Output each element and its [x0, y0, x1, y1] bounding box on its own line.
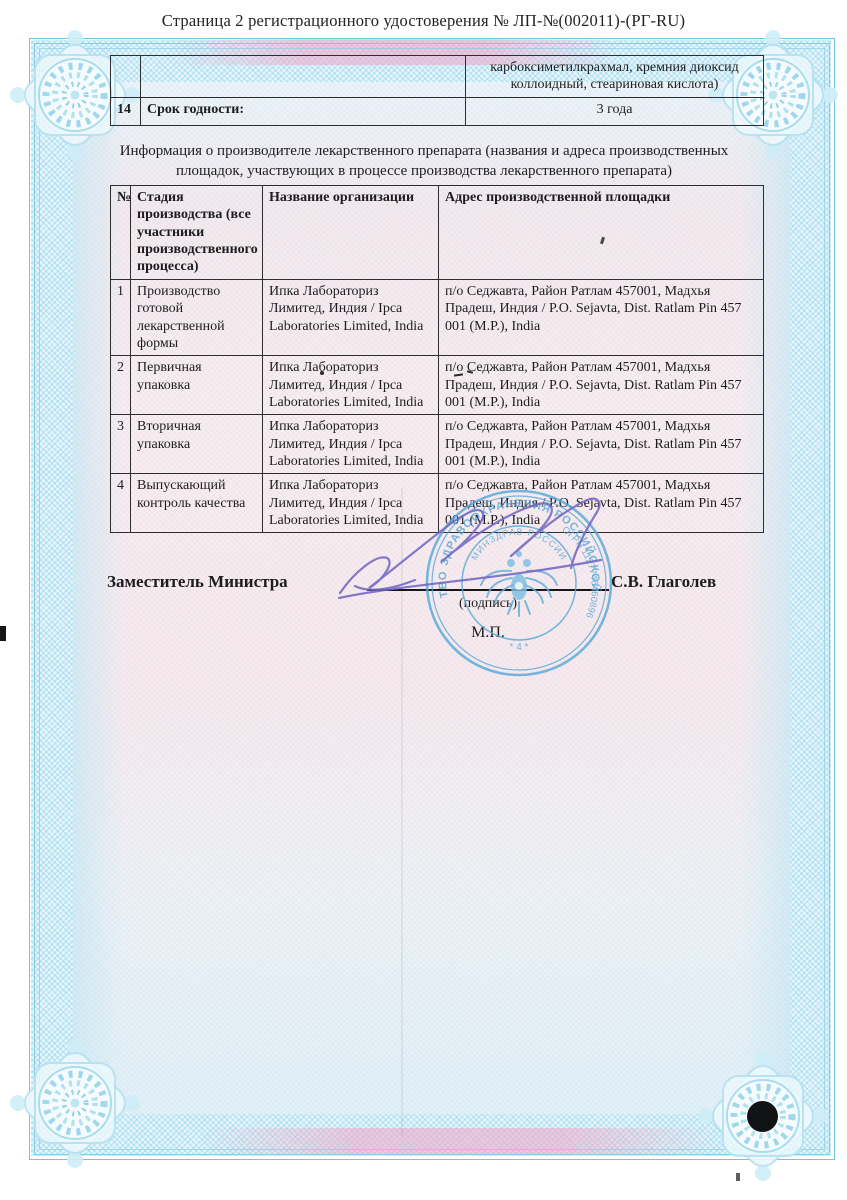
- stage-cell: Производство готовой лекарственной формы: [131, 279, 263, 355]
- row-number-cell: 14: [111, 97, 141, 125]
- header-address: Адрес производственной площадки: [439, 186, 764, 280]
- num-cell: 1: [111, 279, 131, 355]
- official-name: С.В. Глаголев: [611, 572, 716, 592]
- table-row: 2 Первичная упаковка Ипка Лабораториз Ли…: [111, 356, 764, 415]
- table-row: 1 Производство готовой лекарственной фор…: [111, 279, 764, 355]
- empty-cell: [111, 56, 141, 98]
- stage-cell: Выпускающий контроль качества: [131, 474, 263, 533]
- address-cell: п/о Седжавта, Район Ратлам 457001, Мадхь…: [439, 279, 764, 355]
- page-title: Страница 2 регистрационного удостоверени…: [0, 11, 847, 31]
- header-stage: Стадия производства (все участники произ…: [131, 186, 263, 280]
- manufacturer-info-paragraph: Информация о производителе лекарственног…: [86, 141, 762, 182]
- table-row: карбоксиметилкрахмал, кремния диоксид ко…: [111, 56, 764, 98]
- num-cell: 3: [111, 415, 131, 474]
- shelf-life-label-cell: Срок годности:: [141, 97, 466, 125]
- ink-speck: [320, 371, 324, 375]
- shelf-life-value-cell: 3 года: [466, 97, 764, 125]
- table-header-row: № Стадия производства (все участники про…: [111, 186, 764, 280]
- table-row: 3 Вторичная упаковка Ипка Лабораториз Ли…: [111, 415, 764, 474]
- official-title: Заместитель Министра: [107, 572, 288, 592]
- scan-edge-mark: [0, 626, 6, 641]
- num-cell: 4: [111, 474, 131, 533]
- organization-cell: Ипка Лабораториз Лимитед, Индия / Ipca L…: [263, 356, 439, 415]
- address-cell: п/о Седжавта, Район Ратлам 457001, Мадхь…: [439, 356, 764, 415]
- table-row: 14 Срок годности: 3 года: [111, 97, 764, 125]
- excipients-continuation-cell: карбоксиметилкрахмал, кремния диоксид ко…: [466, 56, 764, 98]
- stamp-bottom-number: * 4 *: [510, 642, 529, 653]
- hole-punch-dot: [747, 1101, 778, 1132]
- header-organization: Название организации: [263, 186, 439, 280]
- organization-cell: Ипка Лабораториз Лимитед, Индия / Ipca L…: [263, 415, 439, 474]
- shelf-life-table: карбоксиметилкрахмал, кремния диоксид ко…: [110, 55, 764, 126]
- stage-cell: Вторичная упаковка: [131, 415, 263, 474]
- empty-cell: [141, 56, 466, 98]
- organization-cell: Ипка Лабораториз Лимитед, Индия / Ipca L…: [263, 279, 439, 355]
- address-cell: п/о Седжавта, Район Ратлам 457001, Мадхь…: [439, 415, 764, 474]
- num-cell: 2: [111, 356, 131, 415]
- handwritten-signature-icon: [325, 476, 625, 611]
- ink-speck: [736, 1173, 740, 1181]
- header-num: №: [111, 186, 131, 280]
- stage-cell: Первичная упаковка: [131, 356, 263, 415]
- certificate-page: Страница 2 регистрационного удостоверени…: [0, 0, 847, 1200]
